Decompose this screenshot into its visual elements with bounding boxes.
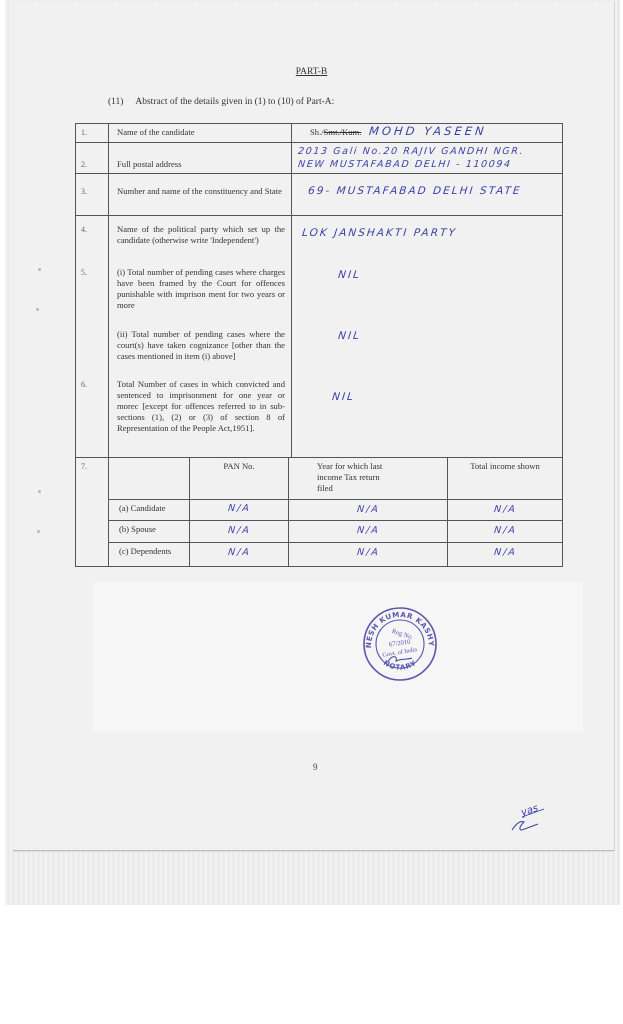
income-tax-table: PAN No. Year for which last income Tax r… bbox=[109, 458, 562, 566]
convictions-cell: NIL bbox=[292, 376, 563, 458]
candidate-pan: N/A bbox=[190, 499, 289, 520]
dependents-pan: N/A bbox=[190, 542, 289, 566]
row-number: 5. bbox=[76, 264, 109, 326]
intro-text: Abstract of the details given in (1) to … bbox=[135, 97, 334, 107]
candidate-total-income: N/A bbox=[448, 499, 563, 520]
notary-stamp: DINESH KUMAR KASHYAP NOTARY Reg No. 67/2… bbox=[362, 606, 438, 682]
dependents-total-income: N/A bbox=[448, 542, 563, 566]
header-pan: PAN No. bbox=[190, 458, 289, 499]
income-header-blank bbox=[109, 458, 190, 499]
scan-speck bbox=[36, 308, 39, 311]
address-line-1: 2013 Gali No.20 RAJIV GANDHI NGR. bbox=[297, 145, 524, 158]
candidate-name-cell: Sh./Smt./Kum.MOHD YASEEN bbox=[292, 124, 563, 143]
scan-speck bbox=[37, 530, 40, 533]
pending-cases-framed-value: NIL bbox=[337, 270, 361, 281]
pending-cases-framed-cell: NIL bbox=[292, 264, 563, 326]
header-total-income: Total income shown bbox=[448, 458, 563, 499]
spouse-pan: N/A bbox=[190, 520, 289, 542]
income-row-dependents: (c) Dependents N/A N/A N/A bbox=[109, 542, 562, 566]
table-row-party: 4. Name of the political party which set… bbox=[76, 216, 563, 264]
income-tax-cell: PAN No. Year for which last income Tax r… bbox=[109, 458, 563, 567]
party-cell: LOK JANSHAKTI PARTY bbox=[292, 216, 563, 264]
stamp-notary: NOTARY bbox=[382, 659, 418, 672]
constituency-value: 69- MUSTAFABAD DELHI STATE bbox=[307, 186, 522, 197]
page-heading: PART-B bbox=[0, 67, 623, 77]
income-row-label: (c) Dependents bbox=[109, 542, 190, 566]
row-label: Name of the political party which set up… bbox=[109, 216, 292, 264]
row-number: 7. bbox=[76, 458, 109, 567]
dependents-tax-year: N/A bbox=[289, 542, 448, 566]
address-line-2: NEW MUSTAFABAD DELHI - 110094 bbox=[297, 158, 512, 171]
abstract-table: 1. Name of the candidate Sh./Smt./Kum.MO… bbox=[75, 123, 563, 567]
income-header-row: PAN No. Year for which last income Tax r… bbox=[109, 458, 562, 499]
row-label: Total Number of cases in which convicted… bbox=[109, 376, 292, 458]
page-number: 9 bbox=[313, 762, 318, 772]
candidate-tax-year: N/A bbox=[289, 499, 448, 520]
scan-speck bbox=[38, 268, 41, 271]
table-row-candidate-name: 1. Name of the candidate Sh./Smt./Kum.MO… bbox=[76, 124, 563, 143]
table-row-constituency: 3. Number and name of the constituency a… bbox=[76, 174, 563, 216]
candidate-name-value: MOHD YASEEN bbox=[369, 126, 488, 137]
row-label: (i) Total number of pending cases where … bbox=[109, 264, 292, 326]
pending-cases-cognizance-cell: NIL bbox=[292, 326, 563, 376]
row-label: Name of the candidate bbox=[109, 124, 292, 143]
row-number: 6. bbox=[76, 376, 109, 458]
table-row-postal-address: 2. Full postal address 2013 Gali No.20 R… bbox=[76, 143, 563, 174]
scan-speck bbox=[38, 490, 41, 493]
svg-text:NOTARY: NOTARY bbox=[382, 659, 418, 672]
intro-number: (11) bbox=[108, 97, 123, 107]
header-tax-year: Year for which last income Tax return fi… bbox=[289, 458, 448, 499]
row-number: 1. bbox=[76, 124, 109, 143]
honorific-prefix: Sh./Smt./Kum. bbox=[310, 127, 361, 137]
bleed-through-area bbox=[93, 582, 583, 732]
row-number bbox=[76, 326, 109, 376]
row-number: 3. bbox=[76, 174, 109, 216]
party-value: LOK JANSHAKTI PARTY bbox=[301, 228, 457, 239]
intro-line: (11) Abstract of the details given in (1… bbox=[108, 97, 334, 107]
income-row-candidate: (a) Candidate N/A N/A N/A bbox=[109, 499, 562, 520]
pending-cases-cognizance-value: NIL bbox=[337, 331, 361, 342]
spouse-tax-year: N/A bbox=[289, 520, 448, 542]
income-row-label: (b) Spouse bbox=[109, 520, 190, 542]
table-row-pending-cases-cognizance: (ii) Total number of pending cases where… bbox=[76, 326, 563, 376]
notary-signature-icon bbox=[388, 657, 412, 662]
row-number: 4. bbox=[76, 216, 109, 264]
convictions-value: NIL bbox=[331, 392, 355, 403]
stamp-govt: Govt. of India bbox=[382, 646, 418, 659]
table-row-pending-cases-framed: 5. (i) Total number of pending cases whe… bbox=[76, 264, 563, 326]
row-number: 2. bbox=[76, 143, 109, 174]
initials-signature-icon: yas bbox=[508, 800, 552, 834]
spouse-total-income: N/A bbox=[448, 520, 563, 542]
postal-address-cell: 2013 Gali No.20 RAJIV GANDHI NGR. NEW MU… bbox=[292, 143, 563, 174]
constituency-cell: 69- MUSTAFABAD DELHI STATE bbox=[292, 174, 563, 216]
row-label: (ii) Total number of pending cases where… bbox=[109, 326, 292, 376]
table-row-income-tax: 7. PAN No. Year for which last income Ta… bbox=[76, 458, 563, 567]
table-row-convictions: 6. Total Number of cases in which convic… bbox=[76, 376, 563, 458]
row-label: Full postal address bbox=[109, 143, 292, 174]
income-row-label: (a) Candidate bbox=[109, 499, 190, 520]
income-row-spouse: (b) Spouse N/A N/A N/A bbox=[109, 520, 562, 542]
row-label: Number and name of the constituency and … bbox=[109, 174, 292, 216]
